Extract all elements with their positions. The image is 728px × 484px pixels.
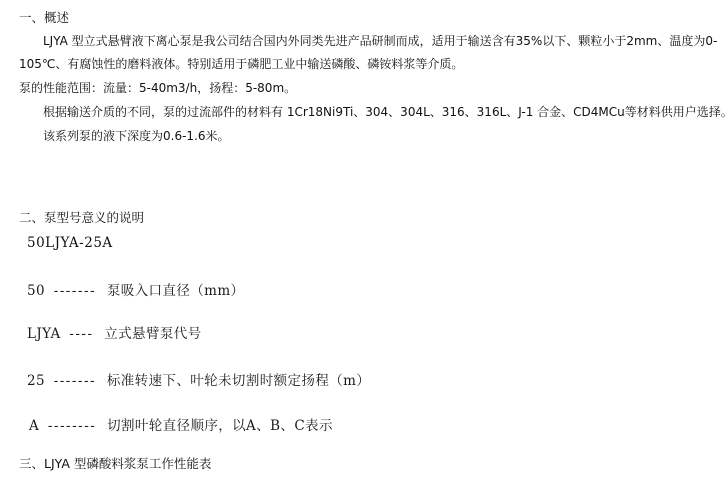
model-item-meaning: 标准转速下、叶轮未切割时额定扬程（m） <box>107 373 370 389</box>
section1-heading: 一、概述 <box>19 10 69 26</box>
section3-heading: 三、LJYA 型磷酸料浆泵工作性能表 <box>19 456 211 472</box>
intro-paragraph-line1: LJYA 型立式悬臂液下离心泵是我公司结合国内外同类先进产品研制而成，适用于输送… <box>43 33 717 49</box>
model-item-meaning: 切割叶轮直径顺序，以A、B、C表示 <box>107 418 333 434</box>
model-item-code: 25 <box>27 373 45 389</box>
model-item-rated-head: 25 ------- 标准转速下、叶轮未切割时额定扬程（m） <box>27 373 370 389</box>
model-item-dashes: ------- <box>54 283 96 299</box>
submersion-depth-text: 该系列泵的液下深度为0.6-1.6米。 <box>43 128 230 144</box>
model-item-dashes: ---- <box>69 326 93 342</box>
model-item-code: 50 <box>27 283 45 299</box>
model-item-series-code: LJYA ---- 立式悬臂泵代号 <box>27 326 202 342</box>
model-item-inlet-diameter: 50 ------- 泵吸入口直径（mm） <box>27 283 244 299</box>
section2-heading: 二、泵型号意义的说明 <box>19 210 144 226</box>
model-item-meaning: 立式悬臂泵代号 <box>104 326 201 342</box>
model-item-code: A <box>29 418 39 434</box>
model-item-impeller-trim: A -------- 切割叶轮直径顺序，以A、B、C表示 <box>29 418 333 434</box>
model-item-dashes: -------- <box>48 418 97 434</box>
model-item-code: LJYA <box>27 326 61 342</box>
intro-paragraph-line2: 105℃、有腐蚀性的磨料液体。特别适用于磷肥工业中输送磷酸、磷铵料浆等介质。 <box>19 56 463 72</box>
model-item-meaning: 泵吸入口直径（mm） <box>107 283 245 299</box>
model-item-dashes: ------- <box>54 373 96 389</box>
model-example: 50LJYA-25A <box>27 235 113 251</box>
materials-text: 根据输送介质的不同，泵的过流部件的材料有 1Cr18Ni9Ti、304、304L… <box>43 104 728 120</box>
performance-range-text: 泵的性能范围：流量：5-40m3/h，扬程：5-80m。 <box>19 80 296 96</box>
